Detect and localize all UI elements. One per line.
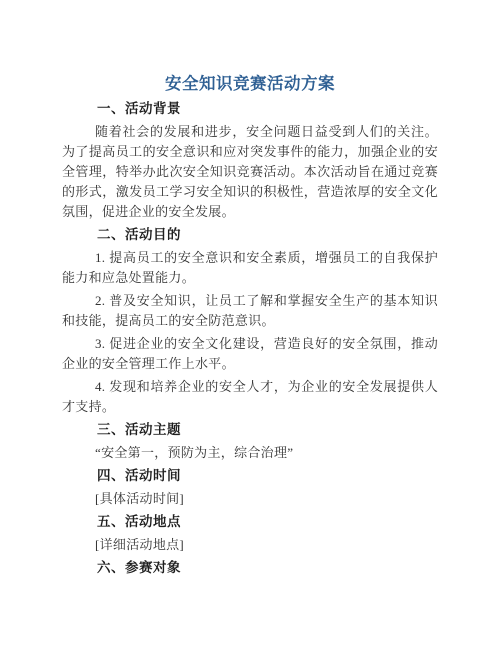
purpose-item-3: 3. 促进企业的安全文化建设，营造良好的安全氛围，推动企业的安全管理工作上水平。 — [62, 334, 438, 374]
paragraph-activity-background: 随着社会的发展和进步，安全问题日益受到人们的关注。为了提高员工的安全意识和应对突… — [62, 122, 438, 222]
purpose-item-2: 2. 普及安全知识，让员工了解和掌握安全生产的基本知识和技能，提高员工的安全防范… — [62, 291, 438, 331]
heading-activity-purpose: 二、活动目的 — [62, 225, 438, 245]
heading-activity-time: 四、活动时间 — [62, 466, 438, 486]
time-placeholder-text: [具体活动时间] — [62, 489, 438, 509]
heading-activity-background: 一、活动背景 — [62, 99, 438, 119]
document-page: 安全知识竞赛活动方案 一、活动背景 随着社会的发展和进步，安全问题日益受到人们的… — [0, 0, 500, 647]
location-placeholder-text: [详细活动地点] — [62, 535, 438, 555]
document-title: 安全知识竞赛活动方案 — [62, 72, 438, 96]
heading-participants: 六、参赛对象 — [62, 558, 438, 578]
purpose-item-1: 1. 提高员工的安全意识和安全素质，增强员工的自我保护能力和应急处置能力。 — [62, 248, 438, 288]
heading-activity-location: 五、活动地点 — [62, 512, 438, 532]
purpose-item-4: 4. 发现和培养企业的安全人才，为企业的安全发展提供人才支持。 — [62, 377, 438, 417]
heading-activity-theme: 三、活动主题 — [62, 420, 438, 440]
theme-quote-text: “安全第一，预防为主，综合治理” — [62, 443, 438, 463]
